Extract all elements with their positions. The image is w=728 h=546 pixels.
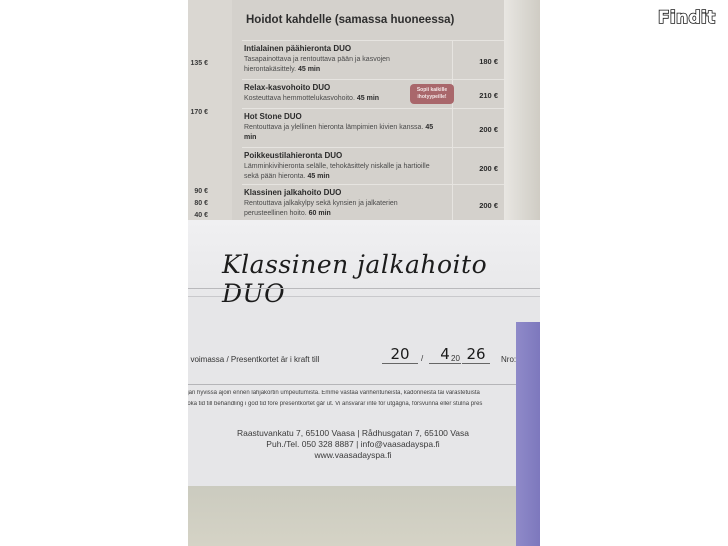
validity-label: tti voimassa / Presentkortet är i kraft … bbox=[188, 355, 319, 364]
year-prefix: 20 bbox=[451, 354, 460, 363]
left-price: 135 € bbox=[190, 60, 208, 67]
treatment-name: Relax-kasvohoito DUO bbox=[244, 83, 330, 92]
gift-card: Klassinen jalkahoito DUO tti voimassa / … bbox=[188, 220, 540, 486]
valid-year: 26 bbox=[462, 345, 490, 364]
findit-logo: Findit bbox=[658, 8, 715, 28]
treatment-desc: Rentouttava ja ylellinen hieronta lämpim… bbox=[244, 123, 434, 142]
purple-card-edge bbox=[516, 322, 540, 546]
treatment-price: 180 € bbox=[479, 57, 498, 66]
valid-day: 20 bbox=[382, 345, 418, 364]
disclaimer-fi: ajan hyvissä ajoin ennen lahjakortin ump… bbox=[188, 390, 524, 396]
treatment-desc: Rentouttava jalkakylpy sekä kynsien ja j… bbox=[244, 199, 434, 218]
treatment-strip: Klassinen jalkahoito DUO bbox=[188, 220, 540, 297]
photo: 135 € 170 € 90 € 80 € 40 € Hoidot kahdel… bbox=[188, 0, 540, 546]
contact-line: Puh./Tel. 050 328 8887 | info@vaasadaysp… bbox=[188, 439, 518, 450]
disclaimer-sv: boka tid till behandling i god tid före … bbox=[188, 401, 524, 407]
treatment-name: Intialainen päähieronta DUO bbox=[244, 44, 351, 53]
left-price: 170 € bbox=[190, 109, 208, 116]
treatment-name: Poikkeustilahieronta DUO bbox=[244, 151, 342, 160]
price-list-sheet: 135 € 170 € 90 € 80 € 40 € Hoidot kahdel… bbox=[188, 0, 540, 225]
left-price-column: 135 € 170 € 90 € 80 € 40 € bbox=[188, 0, 233, 225]
treatment-desc: Tasapainottava ja rentouttava pään ja ka… bbox=[244, 55, 434, 74]
divider bbox=[188, 384, 528, 385]
price-list-title: Hoidot kahdelle (samassa huoneessa) bbox=[246, 14, 454, 26]
website: www.vaasadayspa.fi bbox=[188, 450, 518, 461]
couples-treatments-panel: Hoidot kahdelle (samassa huoneessa) Inti… bbox=[232, 0, 504, 225]
treatment-name: Hot Stone DUO bbox=[244, 112, 302, 121]
sheet-edge bbox=[504, 0, 540, 225]
left-price: 90 € bbox=[194, 188, 208, 195]
skin-type-badge: Sopii kaikille ihotyypeille! bbox=[410, 84, 454, 104]
list-item: Relax-kasvohoito DUO Kosteuttava hemmott… bbox=[242, 79, 504, 108]
background-surface bbox=[188, 486, 540, 546]
treatment-price: 210 € bbox=[479, 91, 498, 100]
handwritten-treatment: Klassinen jalkahoito DUO bbox=[222, 250, 540, 308]
treatment-name: Klassinen jalkahoito DUO bbox=[244, 188, 341, 197]
address-line: Raastuvankatu 7, 65100 Vaasa | Rådhusgat… bbox=[188, 428, 518, 439]
treatment-desc: Kosteuttava hemmottelukasvohoito. 45 min bbox=[244, 94, 434, 104]
left-price: 80 € bbox=[194, 200, 208, 207]
treatment-desc: Lämminkivihieronta selälle, tehokäsittel… bbox=[244, 162, 434, 181]
left-price: 40 € bbox=[194, 212, 208, 219]
treatment-price: 200 € bbox=[479, 164, 498, 173]
list-item: Intialainen päähieronta DUO Tasapainotta… bbox=[242, 40, 504, 79]
number-label: Nro: bbox=[501, 355, 516, 364]
writing-line bbox=[188, 288, 540, 289]
list-item: Poikkeustilahieronta DUO Lämminkivihiero… bbox=[242, 147, 504, 184]
treatment-price: 200 € bbox=[479, 201, 498, 210]
treatment-price: 200 € bbox=[479, 125, 498, 134]
date-separator: / bbox=[421, 354, 423, 363]
list-item: Hot Stone DUO Rentouttava ja ylellinen h… bbox=[242, 108, 504, 147]
